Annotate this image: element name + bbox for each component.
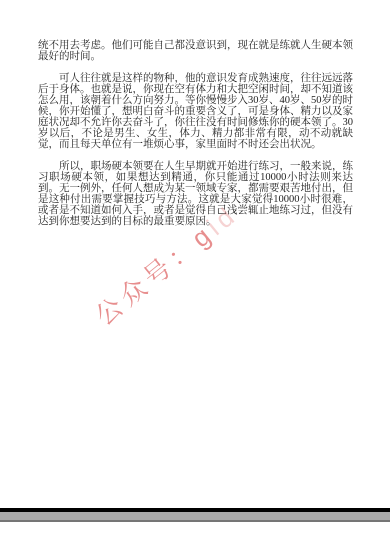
document-page: 统不用去考虑。他们可能自己都没意识到，现在就是练就人生硬本领最好的时间。 可人往… [0, 0, 390, 546]
footer-gray-bar [0, 512, 390, 520]
paragraph: 可人往往就是这样的物种，他的意识发育成熟速度，往往远远落后于身体。也就是说，你现… [38, 73, 353, 150]
paragraph: 所以，职场硬本领要在人生早期就开始进行练习，一般来说，练习职场硬本领，如果想达到… [38, 161, 353, 227]
footer-edge-line [0, 520, 390, 522]
body-text: 统不用去考虑。他们可能自己都没意识到，现在就是练就人生硬本领最好的时间。 可人往… [38, 40, 353, 238]
paragraph: 统不用去考虑。他们可能自己都没意识到，现在就是练就人生硬本领最好的时间。 [38, 40, 353, 62]
